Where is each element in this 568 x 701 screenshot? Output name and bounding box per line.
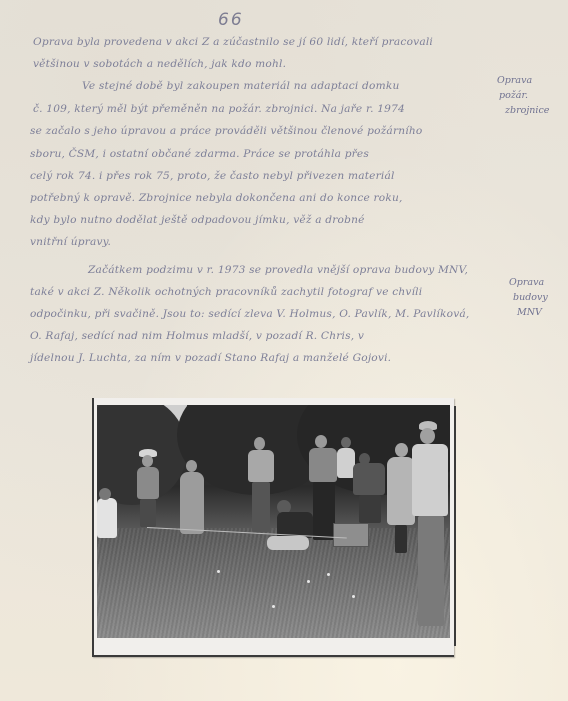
handwritten-line: většinou v sobotách a nedělích, jak kdo … — [33, 58, 286, 70]
chronicle-page: 66 Oprava byla provedena v akci Z a zúča… — [0, 0, 568, 701]
flower — [217, 570, 220, 573]
handwritten-line: jídelnou J. Luchta, za ním v pozadí Stan… — [30, 352, 391, 364]
margin-note-line: MNV — [509, 305, 548, 320]
margin-note-line: Oprava — [509, 275, 548, 290]
crate — [333, 523, 369, 547]
margin-note-line: budovy — [509, 290, 548, 305]
margin-note-line: zbrojnice — [497, 103, 549, 118]
photo-mount — [92, 398, 454, 657]
flower — [272, 605, 275, 608]
margin-note-mnv-building: Oprava budovy MNV — [509, 275, 548, 320]
handwritten-line: vnitřní úpravy. — [30, 236, 111, 248]
handwritten-line: Oprava byla provedena v akci Z a zúčastn… — [33, 36, 433, 48]
flower — [352, 595, 355, 598]
margin-note-fire-station: Oprava požár. zbrojnice — [497, 73, 549, 118]
handwritten-line: Začátkem podzimu v r. 1973 se provedla v… — [88, 264, 468, 276]
handwritten-line: sboru, ČSM, i ostatní občané zdarma. Prá… — [30, 148, 369, 160]
handwritten-line: č. 109, který měl být přeměněn na požár.… — [33, 103, 405, 115]
handwritten-line: také v akci Z. Několik ochotných pracovn… — [30, 286, 422, 298]
handwritten-line: se začalo s jeho úpravou a práce provádě… — [30, 125, 422, 137]
flower — [307, 580, 310, 583]
handwritten-line: O. Rafaj, sedící nad nim Holmus mladší, … — [30, 330, 364, 342]
handwritten-line: Ve stejné době byl zakoupen materiál na … — [82, 80, 400, 92]
page-number: 66 — [218, 10, 244, 30]
handwritten-line: kdy bylo nutno dodělat ještě odpadovou j… — [30, 214, 365, 226]
margin-note-line: Oprava — [497, 73, 549, 88]
photograph — [97, 405, 450, 638]
margin-note-line: požár. — [497, 88, 549, 103]
handwritten-line: celý rok 74. i přes rok 75, proto, že ča… — [30, 170, 395, 182]
handwritten-line: potřebný k opravě. Zbrojnice nebyla doko… — [30, 192, 403, 204]
flower — [327, 573, 330, 576]
handwritten-line: odpočinku, při svačině. Jsou to: sedící … — [30, 308, 469, 320]
